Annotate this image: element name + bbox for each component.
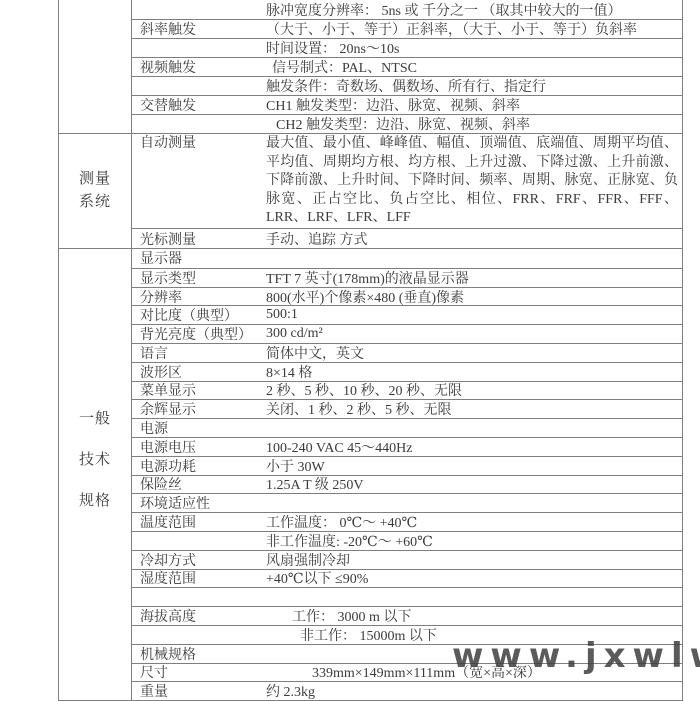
table-row: CH2 触发类型：边沿、脉宽、视频、斜率 [132,114,682,133]
row-label: 显示类型 [132,268,266,288]
section-label-line: 系统 [79,191,111,214]
row-label: 重量 [132,681,266,701]
section-label-empty [59,0,132,133]
row-value: +40℃以下 ≤90% [266,568,368,588]
row-value: 最大值、最小值、峰峰值、幅值、顶端值、底端值、周期平均值、平均值、周期均方根、均… [266,134,678,228]
row-value: 简体中文，英文 [266,343,364,363]
table-row: 环境适应性 [132,493,682,512]
row-label: 余辉显示 [132,399,266,419]
table-row: 电源功耗 小于 30W [132,456,682,475]
row-value: 信号制式：PAL、NTSC [272,57,417,77]
row-label: 斜率触发 [132,19,266,39]
row-value: 手动、追踪 方式 [266,229,368,249]
row-value: 脉冲宽度分辨率： 5ns 或 千分之一 （取其中较大的一值） [266,0,621,20]
row-value: 触发条件：奇数场、偶数场、所有行、指定行 [266,76,546,96]
row-label: 波形区 [132,362,266,382]
row-value: 300 cd/m² [266,326,323,342]
row-value: 2 秒、5 秒、10 秒、20 秒、无限 [266,380,462,400]
watermark: www.jxwlw.cn [452,636,700,676]
row-value: CH1 触发类型：边沿、脉宽、视频、斜率 [266,95,520,115]
row-label: 尺寸 [132,662,266,682]
row-value: 800(水平)个像素×480 (垂直)像素 [266,287,464,307]
row-label: 语言 [132,343,266,363]
section-trigger: 脉冲宽度分辨率： 5ns 或 千分之一 （取其中较大的一值） 斜率触发 （大于、… [59,0,682,133]
table-row: 余辉显示 关闭、1 秒、2 秒、5 秒、无限 [132,399,682,418]
table-row: 非工作温度: -20℃～ +60℃ [132,531,682,550]
table-row: 菜单显示 2 秒、5 秒、10 秒、20 秒、无限 [132,381,682,400]
row-label: 电源电压 [132,437,266,457]
row-label: 分辨率 [132,287,266,307]
table-row: 重量 约 2.3kg [132,681,682,700]
table-row: 显示器 [132,249,682,268]
table-row: 电源 [132,418,682,437]
row-value: 工作温度： 0℃～ +40℃ [266,512,417,532]
row-label: 电源 [132,418,266,438]
row-value: 约 2.3kg [266,681,315,701]
row-label: 电源功耗 [132,456,266,476]
table-row: 语言 简体中文，英文 [132,343,682,362]
row-value: CH2 触发类型：边沿、脉宽、视频、斜率 [276,114,530,134]
table-row: 自动测量 最大值、最小值、峰峰值、幅值、顶端值、底端值、周期平均值、平均值、周期… [132,134,682,228]
section-label-line: 技术 [79,451,111,470]
section-general-specs: 一般 技术 规格 显示器 显示类型 TFT 7 英寸(178mm)的液晶显示器 … [59,248,682,700]
row-value: 非工作： 15000m 以下 [300,625,437,645]
row-label: 光标测量 [132,229,266,249]
table-row: 交替触发 CH1 触发类型：边沿、脉宽、视频、斜率 [132,95,682,114]
table-row: 湿度范围 +40℃以下 ≤90% [132,569,682,588]
table-row: 保险丝 1.25A T 级 250V [132,475,682,494]
table-row: 光标测量 手动、追踪 方式 [132,228,682,248]
row-label: 湿度范围 [132,568,266,588]
section-label-line: 测量 [79,168,111,191]
table-row: 冷却方式 风扇强制冷却 [132,550,682,569]
table-row: 脉冲宽度分辨率： 5ns 或 千分之一 （取其中较大的一值） [132,0,682,19]
section-label-general: 一般 技术 规格 [59,249,132,700]
table-row: 波形区 8×14 格 [132,362,682,381]
table-row: 温度范围 工作温度： 0℃～ +40℃ [132,512,682,531]
table-row: 时间设置： 20ns～10s [132,38,682,57]
row-value: 8×14 格 [266,362,312,382]
section-measurement-system: 测量 系统 自动测量 最大值、最小值、峰峰值、幅值、顶端值、底端值、周期平均值、… [59,133,682,248]
row-value: 工作： 3000 m 以下 [292,606,411,626]
table-row: 分辨率 800(水平)个像素×480 (垂直)像素 [132,287,682,306]
row-label: 显示器 [132,248,266,268]
table-row: 海拔高度 工作： 3000 m 以下 [132,606,682,625]
row-value: TFT 7 英寸(178mm)的液晶显示器 [266,268,469,288]
row-label: 海拔高度 [132,606,266,626]
row-label: 对比度（典型） [132,305,266,325]
row-value: 时间设置： 20ns～10s [266,38,399,58]
row-label: 菜单显示 [132,380,266,400]
table-row: 电源电压 100-240 VAC 45～440Hz [132,437,682,456]
row-value: 关闭、1 秒、2 秒、5 秒、无限 [266,399,452,419]
specification-table: 脉冲宽度分辨率： 5ns 或 千分之一 （取其中较大的一值） 斜率触发 （大于、… [58,0,683,701]
table-row: 斜率触发 （大于、小于、等于）正斜率，（大于、小于、等于）负斜率 [132,19,682,38]
section-label-line: 一般 [79,410,111,429]
row-value: 1.25A T 级 250V [266,474,364,494]
row-label: 保险丝 [132,474,266,494]
table-row: 对比度（典型） 500:1 [132,305,682,324]
row-label: 视频触发 [132,57,266,77]
table-row: 背光亮度（典型） 300 cd/m² [132,324,682,343]
section-label-measurement: 测量 系统 [59,134,132,248]
row-value: 100-240 VAC 45～440Hz [266,437,413,457]
row-label: 环境适应性 [132,493,266,513]
row-label: 冷却方式 [132,550,266,570]
table-row: 触发条件：奇数场、偶数场、所有行、指定行 [132,76,682,95]
table-row: 显示类型 TFT 7 英寸(178mm)的液晶显示器 [132,268,682,287]
row-label: 自动测量 [132,134,266,154]
row-value: 非工作温度: -20℃～ +60℃ [266,531,433,551]
table-row: 视频触发 信号制式：PAL、NTSC [132,57,682,76]
row-label: 温度范围 [132,512,266,532]
row-value: 500:1 [266,307,298,323]
row-label: 背光亮度（典型） [132,324,266,344]
row-value: 风扇强制冷却 [266,550,350,570]
row-label: 机械规格 [132,644,266,664]
table-row [132,587,682,606]
spec-page: 脉冲宽度分辨率： 5ns 或 千分之一 （取其中较大的一值） 斜率触发 （大于、… [0,0,700,701]
row-label: 交替触发 [132,95,266,115]
section-label-line: 规格 [79,492,111,511]
row-value: 小于 30W [266,456,325,476]
row-value: （大于、小于、等于）正斜率，（大于、小于、等于）负斜率 [266,19,637,39]
